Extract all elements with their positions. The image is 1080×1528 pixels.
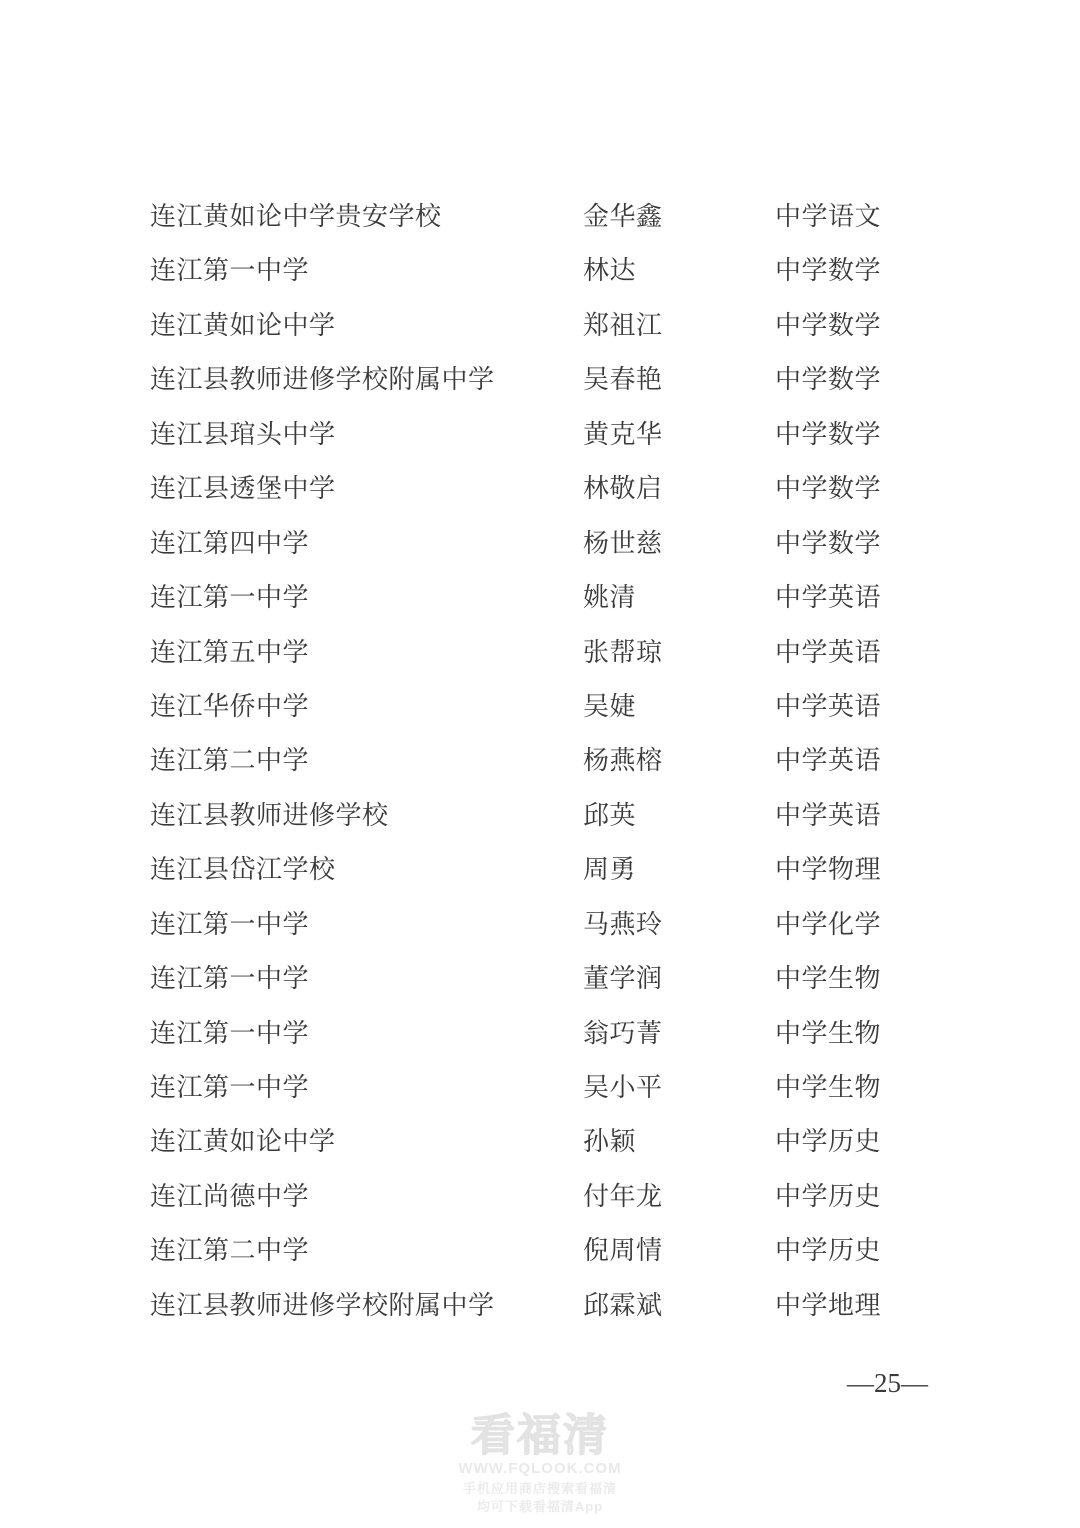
table-row: 连江县教师进修学校附属中学 吴春艳 中学数学 [0,353,1080,407]
teacher-name-cell: 周勇 [583,843,636,897]
table-row: 连江县岱江学校 周勇 中学物理 [0,843,1080,897]
subject-cell: 中学数学 [775,462,881,516]
school-cell: 连江县教师进修学校附属中学 [150,353,495,407]
subject-cell: 中学数学 [775,244,881,298]
table-row: 连江黄如论中学 郑祖江 中学数学 [0,299,1080,353]
teacher-name-cell: 吴小平 [583,1061,663,1115]
table-row: 连江华侨中学 吴婕 中学英语 [0,680,1080,734]
awards-table: 连江黄如论中学贵安学校 金华鑫 中学语文 连江第一中学 林达 中学数学 连江黄如… [0,190,1080,1333]
watermark-url: WWW.FQLOOK.COM [0,1460,1080,1478]
school-cell: 连江第一中学 [150,952,309,1006]
table-row: 连江县教师进修学校附属中学 邱霖斌 中学地理 [0,1279,1080,1333]
table-row: 连江第二中学 倪周情 中学历史 [0,1224,1080,1278]
document-page: 连江黄如论中学贵安学校 金华鑫 中学语文 连江第一中学 林达 中学数学 连江黄如… [0,0,1080,1528]
subject-cell: 中学英语 [775,734,881,788]
table-row: 连江第四中学 杨世慈 中学数学 [0,517,1080,571]
subject-cell: 中学英语 [775,680,881,734]
school-cell: 连江第四中学 [150,517,309,571]
subject-cell: 中学数学 [775,517,881,571]
table-row: 连江县教师进修学校 邱英 中学英语 [0,789,1080,843]
school-cell: 连江第一中学 [150,244,309,298]
page-number: —25— [0,1368,1080,1398]
table-row: 连江黄如论中学贵安学校 金华鑫 中学语文 [0,190,1080,244]
subject-cell: 中学数学 [775,299,881,353]
table-row: 连江第一中学 吴小平 中学生物 [0,1061,1080,1115]
school-cell: 连江华侨中学 [150,680,309,734]
watermark-logo-text: 看福清 [0,1412,1080,1460]
school-cell: 连江第二中学 [150,1224,309,1278]
watermark-caption-line2: 均可下载看福清App [0,1499,1080,1514]
subject-cell: 中学地理 [775,1279,881,1333]
school-cell: 连江县琯头中学 [150,408,336,462]
subject-cell: 中学英语 [775,789,881,843]
subject-cell: 中学历史 [775,1115,881,1169]
table-row: 连江县琯头中学 黄克华 中学数学 [0,408,1080,462]
teacher-name-cell: 林达 [583,244,636,298]
teacher-name-cell: 郑祖江 [583,299,663,353]
teacher-name-cell: 孙颖 [583,1115,636,1169]
subject-cell: 中学英语 [775,571,881,625]
teacher-name-cell: 张帮琼 [583,626,663,680]
subject-cell: 中学数学 [775,353,881,407]
subject-cell: 中学生物 [775,952,881,1006]
teacher-name-cell: 付年龙 [583,1170,663,1224]
school-cell: 连江县教师进修学校 [150,789,389,843]
teacher-name-cell: 翁巧菁 [583,1007,663,1061]
teacher-name-cell: 邱英 [583,789,636,843]
school-cell: 连江第二中学 [150,734,309,788]
school-cell: 连江黄如论中学 [150,1115,336,1169]
teacher-name-cell: 姚清 [583,571,636,625]
table-row: 连江第一中学 董学润 中学生物 [0,952,1080,1006]
teacher-name-cell: 黄克华 [583,408,663,462]
table-row: 连江第五中学 张帮琼 中学英语 [0,626,1080,680]
school-cell: 连江黄如论中学 [150,299,336,353]
table-row: 连江黄如论中学 孙颖 中学历史 [0,1115,1080,1169]
teacher-name-cell: 吴婕 [583,680,636,734]
school-cell: 连江县教师进修学校附属中学 [150,1279,495,1333]
subject-cell: 中学数学 [775,408,881,462]
subject-cell: 中学物理 [775,843,881,897]
school-cell: 连江第五中学 [150,626,309,680]
teacher-name-cell: 杨燕榕 [583,734,663,788]
subject-cell: 中学生物 [775,1007,881,1061]
teacher-name-cell: 吴春艳 [583,353,663,407]
school-cell: 连江黄如论中学贵安学校 [150,190,442,244]
school-cell: 连江第一中学 [150,1061,309,1115]
table-row: 连江第一中学 马燕玲 中学化学 [0,898,1080,952]
subject-cell: 中学化学 [775,898,881,952]
subject-cell: 中学历史 [775,1170,881,1224]
school-cell: 连江第一中学 [150,1007,309,1061]
school-cell: 连江尚德中学 [150,1170,309,1224]
subject-cell: 中学语文 [775,190,881,244]
school-cell: 连江第一中学 [150,571,309,625]
teacher-name-cell: 董学润 [583,952,663,1006]
subject-cell: 中学生物 [775,1061,881,1115]
teacher-name-cell: 杨世慈 [583,517,663,571]
subject-cell: 中学历史 [775,1224,881,1278]
school-cell: 连江县岱江学校 [150,843,336,897]
table-row: 连江第一中学 姚清 中学英语 [0,571,1080,625]
teacher-name-cell: 邱霖斌 [583,1279,663,1333]
teacher-name-cell: 倪周情 [583,1224,663,1278]
subject-cell: 中学英语 [775,626,881,680]
teacher-name-cell: 林敬启 [583,462,663,516]
teacher-name-cell: 马燕玲 [583,898,663,952]
table-row: 连江尚德中学 付年龙 中学历史 [0,1170,1080,1224]
teacher-name-cell: 金华鑫 [583,190,663,244]
watermark: 看福清 WWW.FQLOOK.COM 手机应用商店搜索看福清 均可下载看福清Ap… [0,1412,1080,1514]
table-row: 连江县透堡中学 林敬启 中学数学 [0,462,1080,516]
school-cell: 连江第一中学 [150,898,309,952]
school-cell: 连江县透堡中学 [150,462,336,516]
table-row: 连江第一中学 翁巧菁 中学生物 [0,1007,1080,1061]
watermark-caption-line1: 手机应用商店搜索看福清 [0,1481,1080,1496]
table-row: 连江第二中学 杨燕榕 中学英语 [0,734,1080,788]
table-row: 连江第一中学 林达 中学数学 [0,244,1080,298]
